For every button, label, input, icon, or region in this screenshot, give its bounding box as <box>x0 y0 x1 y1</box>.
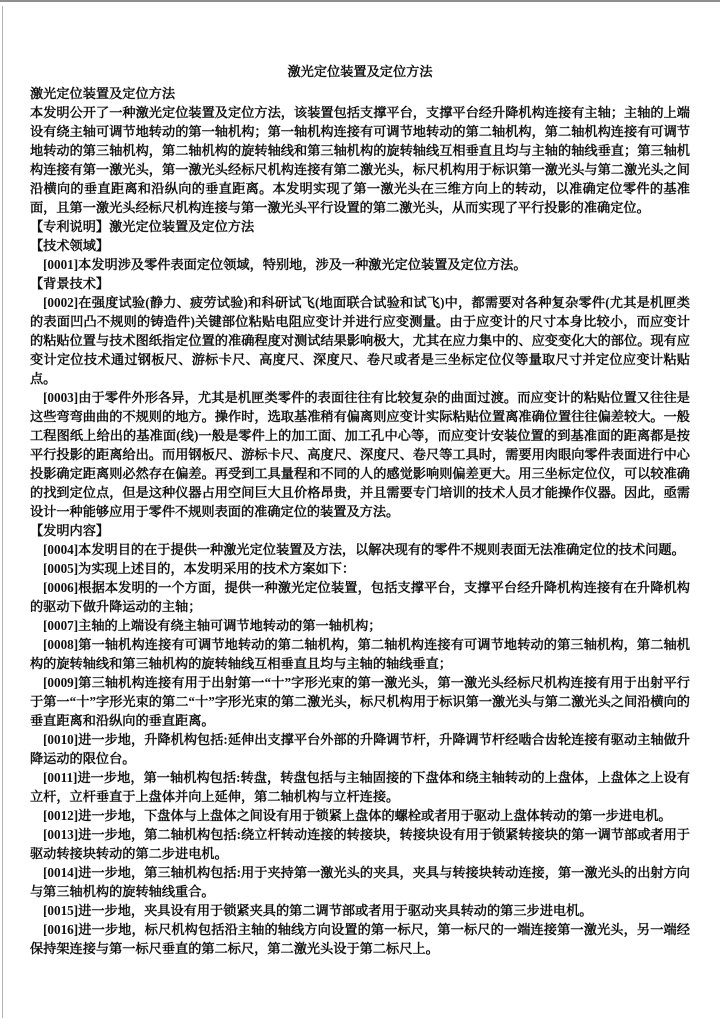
numbered-paragraph: [0003]由于零件外形各异，尤其是机匣类零件的表面往往有比较复杂的曲面过渡。而… <box>30 388 690 521</box>
abstract-paragraph: 本发明公开了一种激光定位装置及定位方法，该装置包括支撑平台，支撑平台经升降机构连… <box>30 103 690 217</box>
document-title: 激光定位装置及定位方法 <box>30 62 690 81</box>
numbered-paragraph: [0012]进一步地，下盘体与上盘体之间设有用于锁紧上盘体的螺栓或者用于驱动上盘… <box>30 806 690 825</box>
numbered-paragraph: [0005]为实现上述目的，本发明采用的技术方案如下： <box>30 559 690 578</box>
document-subtitle: 激光定位装置及定位方法 <box>30 84 690 103</box>
section-heading: 【背景技术】 <box>30 274 690 293</box>
numbered-paragraph: [0016]进一步地，标尺机构包括沿主轴的轴线方向设置的第一标尺，第一标尺的一端… <box>30 920 690 958</box>
window-top-edge <box>0 0 720 2</box>
numbered-paragraph: [0015]进一步地，夹具设有用于锁紧夹具的第二调节部或者用于驱动夹具转动的第三… <box>30 901 690 920</box>
numbered-paragraph: [0002]在强度试验(静力、疲劳试验)和科研试飞(地面联合试验和试飞)中，都需… <box>30 293 690 388</box>
numbered-paragraph: [0007]主轴的上端设有绕主轴可调节地转动的第一轴机构； <box>30 616 690 635</box>
numbered-paragraph: [0001]本发明涉及零件表面定位领域，特别地，涉及一种激光定位装置及定位方法。 <box>30 255 690 274</box>
section-heading: 【发明内容】 <box>30 521 690 540</box>
numbered-paragraph: [0011]进一步地，第一轴机构包括:转盘，转盘包括与主轴固接的下盘体和绕主轴转… <box>30 768 690 806</box>
section-heading: 【技术领域】 <box>30 236 690 255</box>
numbered-paragraph: [0013]进一步地，第二轴机构包括:绕立杆转动连接的转接块，转接块设有用于锁紧… <box>30 825 690 863</box>
numbered-paragraph: [0004]本发明目的在于提供一种激光定位装置及方法，以解决现有的零件不规则表面… <box>30 540 690 559</box>
numbered-paragraph: [0009]第三轴机构连接有用于出射第一“十”字形光束的第一激光头，第一激光头经… <box>30 673 690 730</box>
patent-document-page: 激光定位装置及定位方法激光定位装置及定位方法本发明公开了一种激光定位装置及定位方… <box>0 0 720 1018</box>
numbered-paragraph: [0010]进一步地，升降机构包括:延伸出支撑平台外部的升降调节杆，升降调节杆经… <box>30 730 690 768</box>
window-left-edge <box>2 6 3 1018</box>
document-body: 激光定位装置及定位方法激光定位装置及定位方法本发明公开了一种激光定位装置及定位方… <box>30 62 690 958</box>
numbered-paragraph: [0008]第一轴机构连接有可调节地转动的第二轴机构，第二轴机构连接有可调节地转… <box>30 635 690 673</box>
numbered-paragraph: [0006]根据本发明的一个方面，提供一种激光定位装置，包括支撑平台，支撑平台经… <box>30 578 690 616</box>
numbered-paragraph: [0014]进一步地，第三轴机构包括:用于夹持第一激光头的夹具，夹具与转接块转动… <box>30 863 690 901</box>
section-heading: 【专利说明】激光定位装置及定位方法 <box>30 217 690 236</box>
